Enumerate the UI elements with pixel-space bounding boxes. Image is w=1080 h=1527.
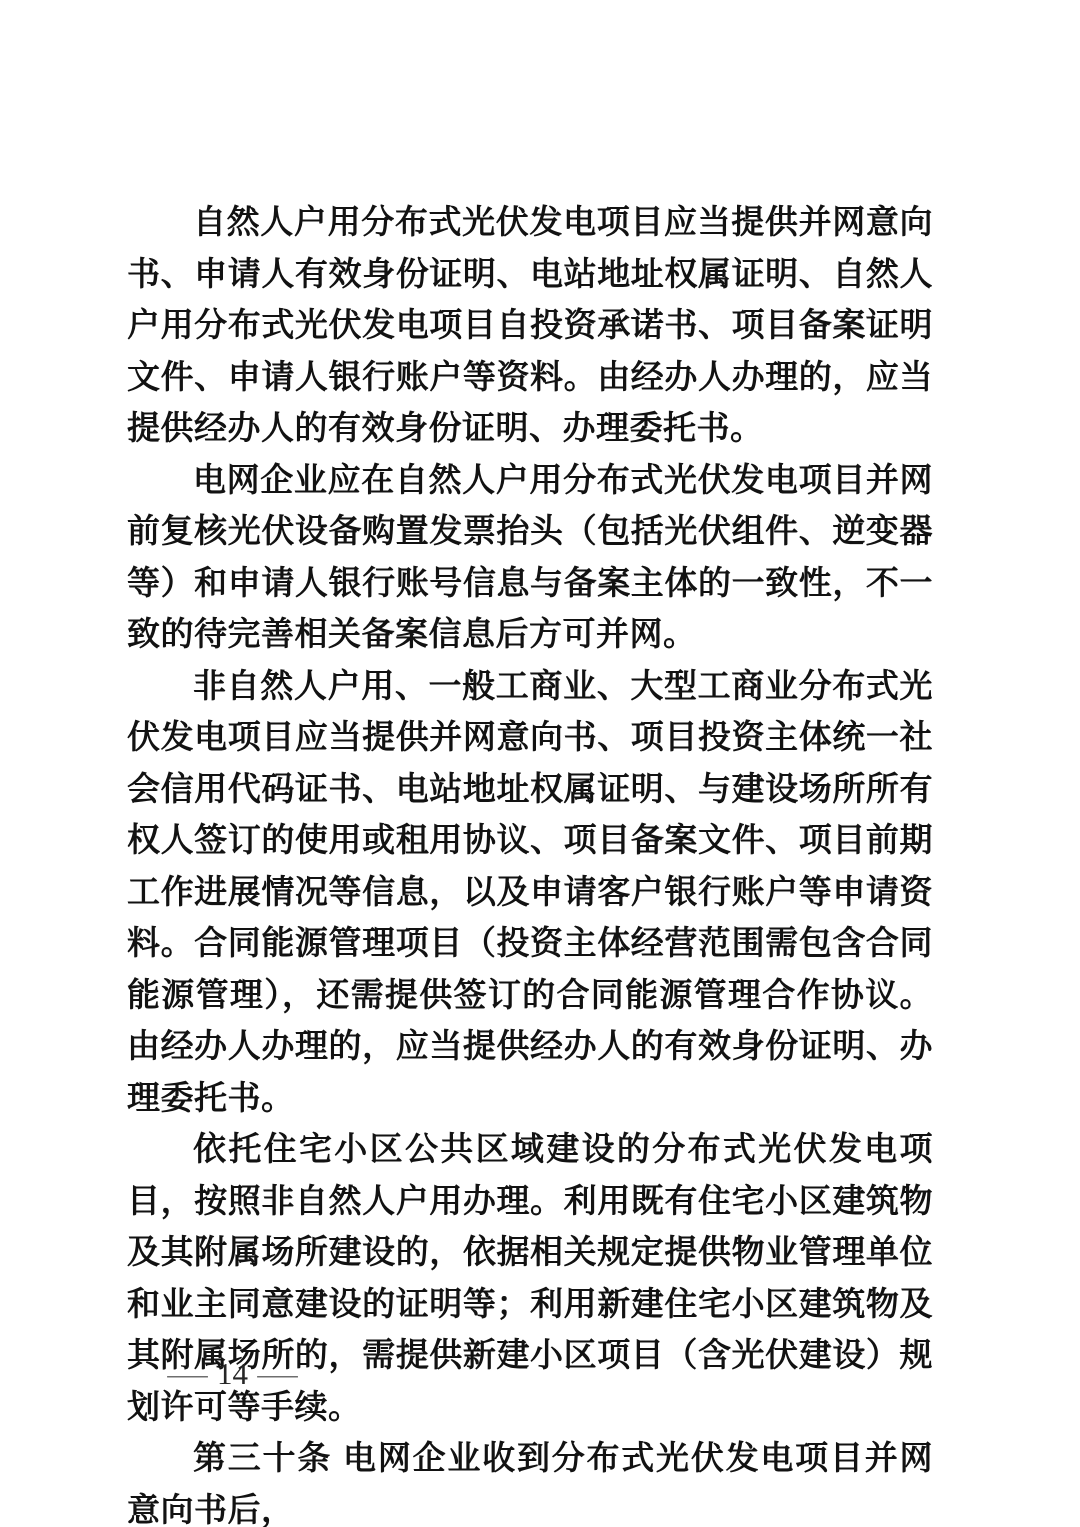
document-page: 自然人户用分布式光伏发电项目应当提供并网意向书、申请人有效身份证明、电站地址权属… [0, 0, 1080, 1527]
footer-dash-right: — [257, 1356, 297, 1392]
body-paragraph-3: 非自然人户用、一般工商业、大型工商业分布式光伏发电项目应当提供并网意向书、项目投… [127, 660, 933, 1124]
body-paragraph-1: 自然人户用分布式光伏发电项目应当提供并网意向书、申请人有效身份证明、电站地址权属… [127, 196, 933, 454]
body-paragraph-2: 电网企业应在自然人户用分布式光伏发电项目并网前复核光伏设备购置发票抬头（包括光伏… [127, 454, 933, 660]
body-paragraph-article-30: 第三十条 电网企业收到分布式光伏发电项目并网意向书后， [127, 1432, 933, 1527]
document-body: 自然人户用分布式光伏发电项目应当提供并网意向书、申请人有效身份证明、电站地址权属… [127, 196, 933, 1527]
footer-dash-left: — [167, 1356, 207, 1392]
page-number: 14 [217, 1356, 248, 1392]
page-footer: — 14 — [172, 1356, 293, 1392]
